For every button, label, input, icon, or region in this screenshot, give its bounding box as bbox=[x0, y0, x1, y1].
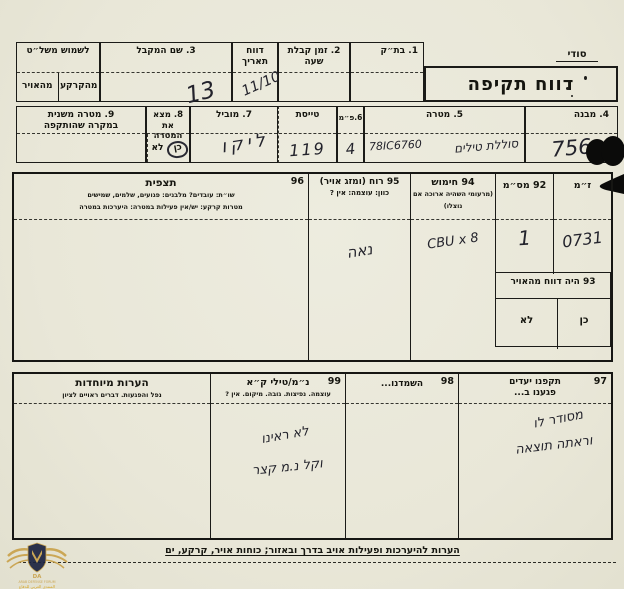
field-92-msm: 92 מס״מ 1 bbox=[495, 174, 553, 274]
field-pm-label: 6.פ״מ bbox=[338, 107, 363, 134]
field-99-num: 99 bbox=[328, 376, 341, 388]
field-95-label: 95 רוח (ומזג אויר) bbox=[320, 177, 400, 187]
report-date-value: 11/10 bbox=[239, 68, 282, 99]
field-report-date: דווח תאריך 11/10 bbox=[232, 42, 278, 102]
field-time-over-target: ז״מ 0731 bbox=[553, 174, 611, 274]
target-value-coords: 78IC6760 bbox=[369, 138, 423, 155]
footer-note: הערות להיערכות ופעילות אויב בדרך ובאזור;… bbox=[12, 545, 613, 557]
date-label: תאריך bbox=[242, 57, 268, 67]
field-96-sub2: מטרות קרקע: יש/אין פעילות במטרה: היערכות… bbox=[79, 203, 242, 211]
field-found-target: 8. מצא את המטרה כן לא bbox=[146, 106, 190, 163]
field-93-air-report: 93 היה דווח מהאויר כן לא bbox=[495, 272, 611, 347]
footer-dash-line bbox=[18, 562, 616, 563]
field-95-value: נאה bbox=[308, 234, 411, 268]
field-96-observation: 96 תצפית שו״ת: עובדים? מלבנים: פגועים, ש… bbox=[14, 174, 308, 360]
target-value-text: סוללת טילים bbox=[453, 136, 518, 156]
field-target: 5. מטרה סוללת טילים 78IC6760 bbox=[364, 106, 525, 163]
field-97-label2: פגענו ב... bbox=[514, 388, 556, 398]
hand-circle-mark: כן bbox=[166, 139, 190, 160]
field-squadron: טייסת 119 bbox=[278, 106, 337, 163]
field-time-over-target-label: ז״מ bbox=[554, 174, 611, 220]
page-title: דווח תקיפה bbox=[426, 68, 616, 95]
field-target-label: 5. מטרה bbox=[365, 107, 524, 134]
attack-report-form: סודי דווח תקיפה לשמוש משל״ט מהאויר מהקרק… bbox=[0, 0, 624, 589]
field-btk: 1. בת״ק bbox=[350, 42, 424, 102]
field-secondary-target: 9. מטרה משנית במקרה שהותקפה bbox=[16, 106, 146, 163]
field-92-label: 92 מס״מ bbox=[496, 174, 553, 220]
field-squadron-label: טייסת bbox=[279, 107, 336, 134]
field-93-no: לא bbox=[496, 299, 558, 349]
field-97-attacked: 97 תקפנו יעדים פגענו ב... מסודר לו וראתה… bbox=[458, 374, 611, 538]
field-95-sub: כוון: עוצמה: אין ? bbox=[330, 189, 389, 197]
field-93-yes: כן bbox=[558, 299, 610, 349]
field-control-use: לשמוש משל״ט מהאויר מהקרקע bbox=[16, 42, 100, 102]
field-99-aa-fire: 99 נ״מ/טילי ק״א עוצמה. נפיצות. גובה. מיק… bbox=[210, 374, 345, 538]
secondary-target-label2: במקרה שהותקפה bbox=[44, 121, 118, 131]
found-target-no: לא bbox=[147, 134, 167, 162]
watermark-shield-wings-icon: DA ARAB DEFENSE FORUM المنتدى العربي للد… bbox=[5, 541, 69, 589]
field-96-num: 96 bbox=[291, 176, 304, 188]
found-target-label: 8. מצא bbox=[153, 110, 183, 120]
watermark-name-arabic: المنتدى العربي للدفاع bbox=[19, 584, 55, 589]
field-95-wind: 95 רוח (ומזג אויר) כוון: עוצמה: אין ? נא… bbox=[308, 174, 410, 360]
field-98-destroyed: 98 השמדנו... bbox=[345, 374, 458, 538]
field-93-label: 93 היה דווח מהאויר bbox=[496, 273, 610, 299]
mid-block: ז״מ 0731 92 מס״מ 1 94 חימוש (מרעומי השהי… bbox=[12, 172, 613, 362]
field-leader: 7. מוביל ליקו bbox=[190, 106, 278, 163]
from-ground-label: מהקרקע bbox=[59, 73, 100, 101]
field-96-title: תצפית bbox=[145, 177, 176, 189]
field-97-label: תקפנו יעדים bbox=[509, 377, 561, 387]
title-box: דווח תקיפה bbox=[424, 66, 618, 102]
time-received-label: 2. זמן קבלת bbox=[288, 46, 341, 56]
field-99-sub: עוצמה. נפיצות. גובה. מיקום. אין ? bbox=[225, 390, 331, 398]
classification-label: סודי bbox=[556, 49, 598, 62]
field-control-use-label: לשמוש משל״ט bbox=[17, 43, 99, 73]
field-formation-label: 4. מבנה bbox=[526, 107, 617, 134]
report-label: דווח bbox=[246, 46, 264, 56]
from-air-label: מהאויר bbox=[17, 73, 59, 101]
field-96-sub1: שו״ת: עובדים? מלבנים: פגועים, שלמים, שמי… bbox=[87, 191, 234, 199]
field-99-hand2: וקל נ.מ קצר bbox=[252, 456, 324, 478]
field-94-armament: 94 חימוש (מרעומי השהיה ארוכה אם נוצלו) C… bbox=[410, 174, 495, 360]
field-special-notes: הערות מיוחדות נפל והפגעות. דברים ראויים … bbox=[14, 374, 210, 538]
field-94-sub: (מרעומי השהיה ארוכה אם נוצלו) bbox=[413, 190, 493, 209]
field-98-label: השמדנו... bbox=[381, 379, 423, 389]
ink-speck bbox=[571, 95, 573, 97]
special-notes-title: הערות מיוחדות bbox=[75, 377, 148, 389]
time-over-target-value: 0731 bbox=[553, 227, 612, 253]
field-94-label: 94 חימוש bbox=[431, 177, 474, 188]
hour-label: שעה bbox=[304, 57, 323, 67]
squadron-value: 119 bbox=[278, 138, 336, 161]
field-pm: 6.פ״מ 4 bbox=[337, 106, 364, 163]
field-receiver-name-label: 3. שם המקבל bbox=[101, 43, 231, 73]
ink-speck bbox=[566, 87, 569, 90]
special-notes-sub: נפל והפגעות. דברים ראויים לציון bbox=[62, 391, 161, 399]
watermark: DA ARAB DEFENSE FORUM المنتدى العربي للد… bbox=[5, 541, 69, 589]
field-97-num: 97 bbox=[594, 376, 607, 388]
field-92-value: 1 bbox=[495, 224, 554, 252]
hand-scribble-13: 13 bbox=[183, 77, 218, 109]
field-99-label: נ״מ/טילי ק״א bbox=[246, 377, 309, 388]
field-98-num: 98 bbox=[441, 376, 454, 388]
pm-value: 4 bbox=[337, 139, 364, 160]
ink-speck bbox=[584, 76, 587, 80]
ink-blob bbox=[601, 136, 624, 166]
secondary-target-label: 9. מטרה משנית bbox=[48, 110, 114, 120]
field-94-value: CBU x 8 bbox=[410, 228, 495, 255]
field-97-hand1: מסודר לו bbox=[532, 407, 584, 431]
field-97-hand2: וראתה תוצאה bbox=[515, 433, 594, 457]
field-btk-label: 1. בת״ק bbox=[351, 43, 423, 73]
bottom-block: 97 תקפנו יעדים פגענו ב... מסודר לו וראתה… bbox=[12, 372, 613, 540]
field-time-received: 2. זמן קבלת שעה bbox=[278, 42, 350, 102]
found-target-yes: כן bbox=[167, 134, 189, 162]
field-99-hand1: לא ראינו bbox=[260, 424, 310, 447]
